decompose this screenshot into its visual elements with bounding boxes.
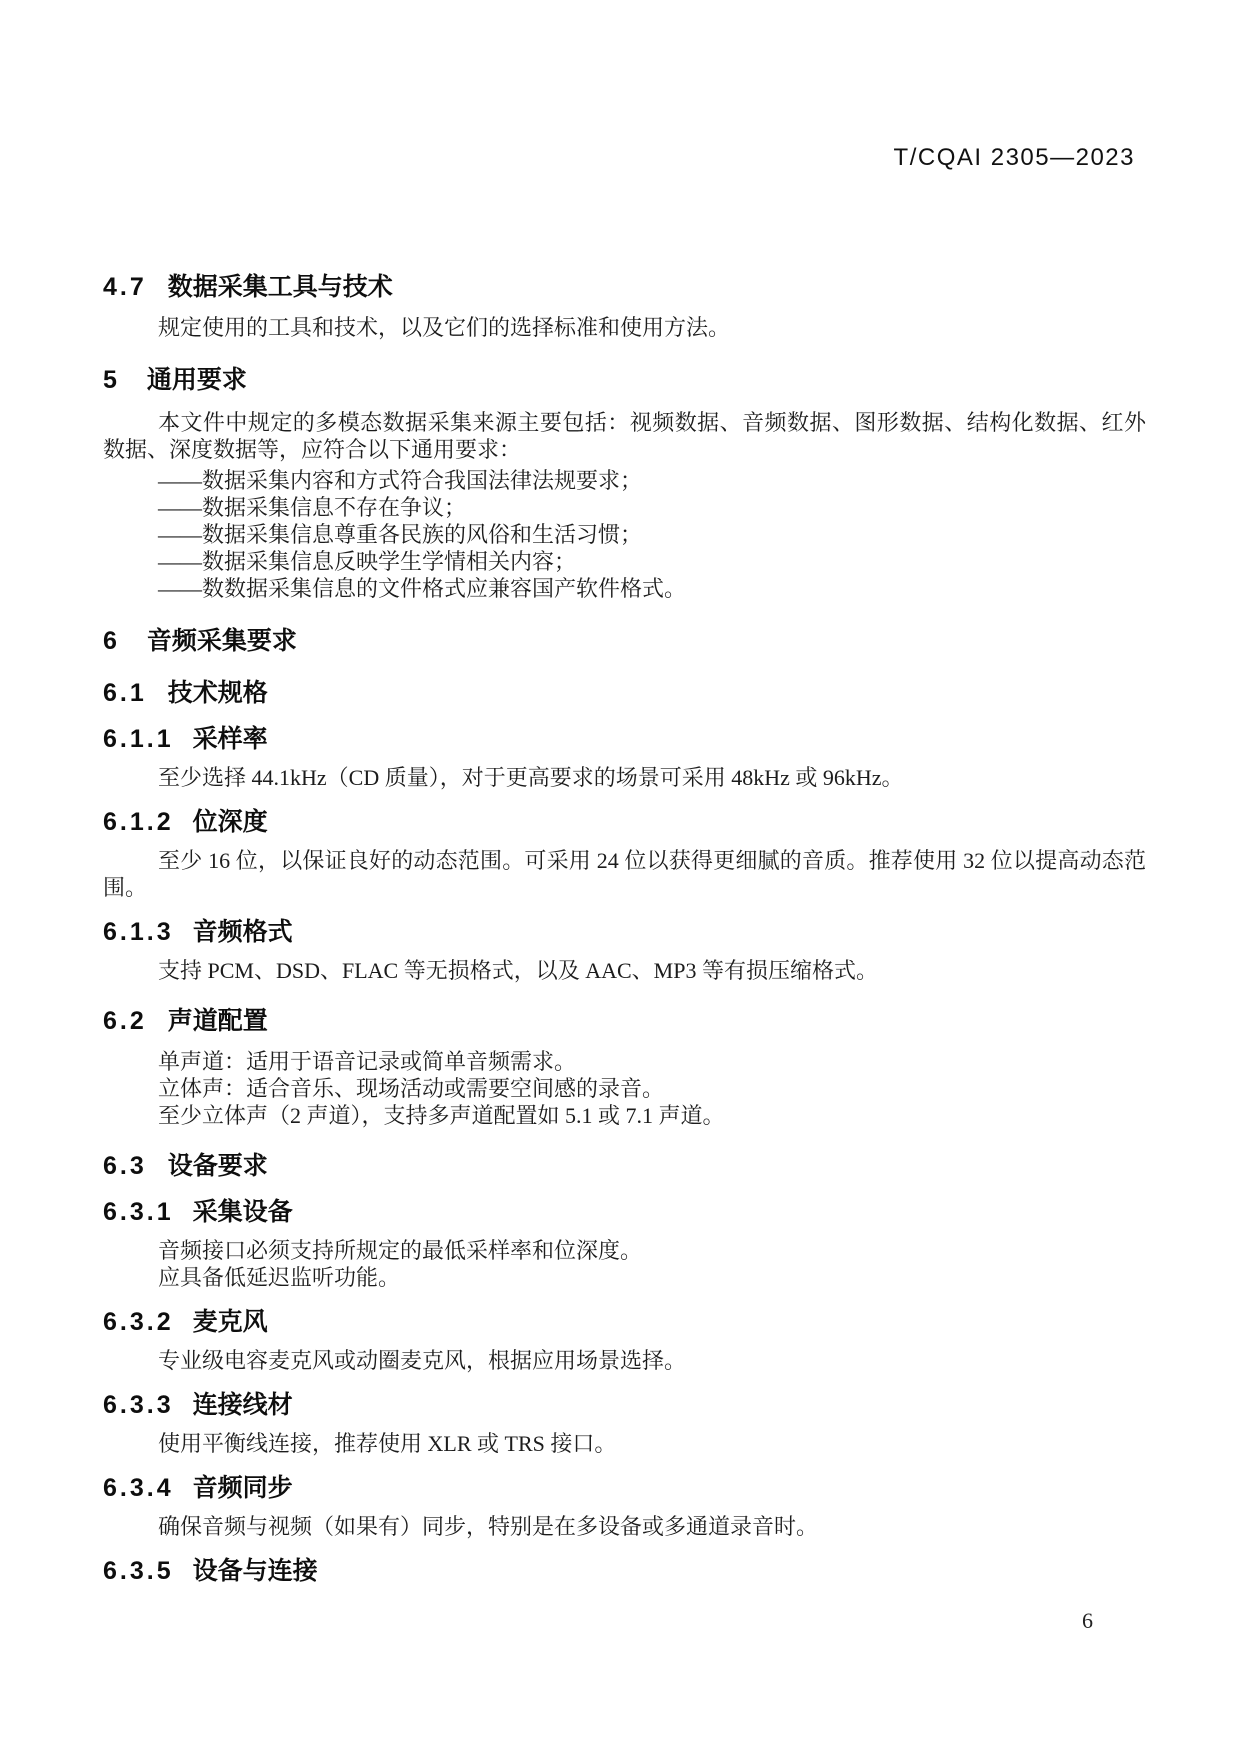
dash-list-item: ——数据采集信息不存在争议； [103, 494, 1146, 521]
body-text: 至少选择 44.1kHz（CD 质量），对于更高要求的场景可采用 48kHz 或… [103, 764, 1146, 791]
section-number: 6.3.4 [103, 1474, 174, 1502]
dash-list-item: ——数数据采集信息的文件格式应兼容国产软件格式。 [103, 575, 1146, 602]
section-number: 6.3.5 [103, 1557, 174, 1585]
body-text: 音频接口必须支持所规定的最低采样率和位深度。 [103, 1237, 1146, 1264]
section-number: 6.3.1 [103, 1198, 174, 1226]
section-heading-6-2: 6.2声道配置 [103, 1006, 1146, 1036]
section-number: 6.1.1 [103, 725, 174, 753]
section-number: 4.7 [103, 273, 147, 301]
section-title: 声道配置 [168, 1007, 268, 1035]
dash-list-item: ——数据采集内容和方式符合我国法律法规要求； [103, 467, 1146, 494]
body-text: 规定使用的工具和技术，以及它们的选择标准和使用方法。 [103, 314, 1146, 341]
section-heading-6: 6音频采集要求 [103, 626, 1146, 656]
document-body: 4.7数据采集工具与技术规定使用的工具和技术，以及它们的选择标准和使用方法。5通… [103, 0, 1146, 1596]
section-heading-6-1: 6.1技术规格 [103, 678, 1146, 708]
document-page: T/CQAI 2305—2023 4.7数据采集工具与技术规定使用的工具和技术，… [0, 0, 1241, 1754]
body-text: 单声道：适用于语音记录或简单音频需求。 [103, 1048, 1146, 1075]
section-number: 6.1.2 [103, 808, 174, 836]
section-title: 通用要求 [147, 366, 247, 394]
section-number: 6.1 [103, 679, 147, 707]
body-text: 至少 16 位，以保证良好的动态范围。可采用 24 位以获得更细腻的音质。推荐使… [103, 847, 1146, 901]
dash-list-item: ——数据采集信息尊重各民族的风俗和生活习惯； [103, 521, 1146, 548]
body-text: 确保音频与视频（如果有）同步，特别是在多设备或多通道录音时。 [103, 1513, 1146, 1540]
section-number: 6.2 [103, 1007, 147, 1035]
section-heading-6-3-2: 6.3.2麦克风 [103, 1307, 1146, 1337]
section-heading-6-1-2: 6.1.2位深度 [103, 807, 1146, 837]
body-text: 应具备低延迟监听功能。 [103, 1264, 1146, 1291]
section-number: 6.3.3 [103, 1391, 174, 1419]
section-heading-4-7: 4.7数据采集工具与技术 [103, 272, 1146, 302]
section-title: 连接线材 [193, 1391, 293, 1419]
body-text: 使用平衡线连接，推荐使用 XLR 或 TRS 接口。 [103, 1430, 1146, 1457]
section-heading-5: 5通用要求 [103, 365, 1146, 395]
section-title: 位深度 [193, 808, 268, 836]
section-number: 6.1.3 [103, 918, 174, 946]
section-title: 音频格式 [193, 918, 293, 946]
body-text: 立体声：适合音乐、现场活动或需要空间感的录音。 [103, 1075, 1146, 1102]
section-title: 麦克风 [193, 1308, 268, 1336]
section-title: 音频采集要求 [147, 627, 297, 655]
section-heading-6-3-5: 6.3.5设备与连接 [103, 1556, 1146, 1586]
section-title: 数据采集工具与技术 [168, 273, 393, 301]
body-text: 支持 PCM、DSD、FLAC 等无损格式，以及 AAC、MP3 等有损压缩格式… [103, 957, 1146, 984]
section-title: 采集设备 [193, 1198, 293, 1226]
body-text: 至少立体声（2 声道），支持多声道配置如 5.1 或 7.1 声道。 [103, 1102, 1146, 1129]
section-title: 技术规格 [168, 679, 268, 707]
dash-list-item: ——数据采集信息反映学生学情相关内容； [103, 548, 1146, 575]
section-heading-6-1-3: 6.1.3音频格式 [103, 917, 1146, 947]
section-heading-6-3-1: 6.3.1采集设备 [103, 1197, 1146, 1227]
body-text: 专业级电容麦克风或动圈麦克风，根据应用场景选择。 [103, 1347, 1146, 1374]
section-title: 设备与连接 [193, 1557, 318, 1585]
section-heading-6-3: 6.3设备要求 [103, 1151, 1146, 1181]
section-heading-6-3-3: 6.3.3连接线材 [103, 1390, 1146, 1420]
section-heading-6-1-1: 6.1.1采样率 [103, 724, 1146, 754]
section-number: 5 [103, 366, 120, 394]
page-number: 6 [1082, 1608, 1093, 1634]
section-number: 6.3 [103, 1152, 147, 1180]
section-title: 音频同步 [193, 1474, 293, 1502]
section-number: 6.3.2 [103, 1308, 174, 1336]
section-title: 设备要求 [168, 1152, 268, 1180]
body-text: 本文件中规定的多模态数据采集来源主要包括：视频数据、音频数据、图形数据、结构化数… [103, 409, 1146, 463]
section-heading-6-3-4: 6.3.4音频同步 [103, 1473, 1146, 1503]
section-number: 6 [103, 627, 120, 655]
section-title: 采样率 [193, 725, 268, 753]
